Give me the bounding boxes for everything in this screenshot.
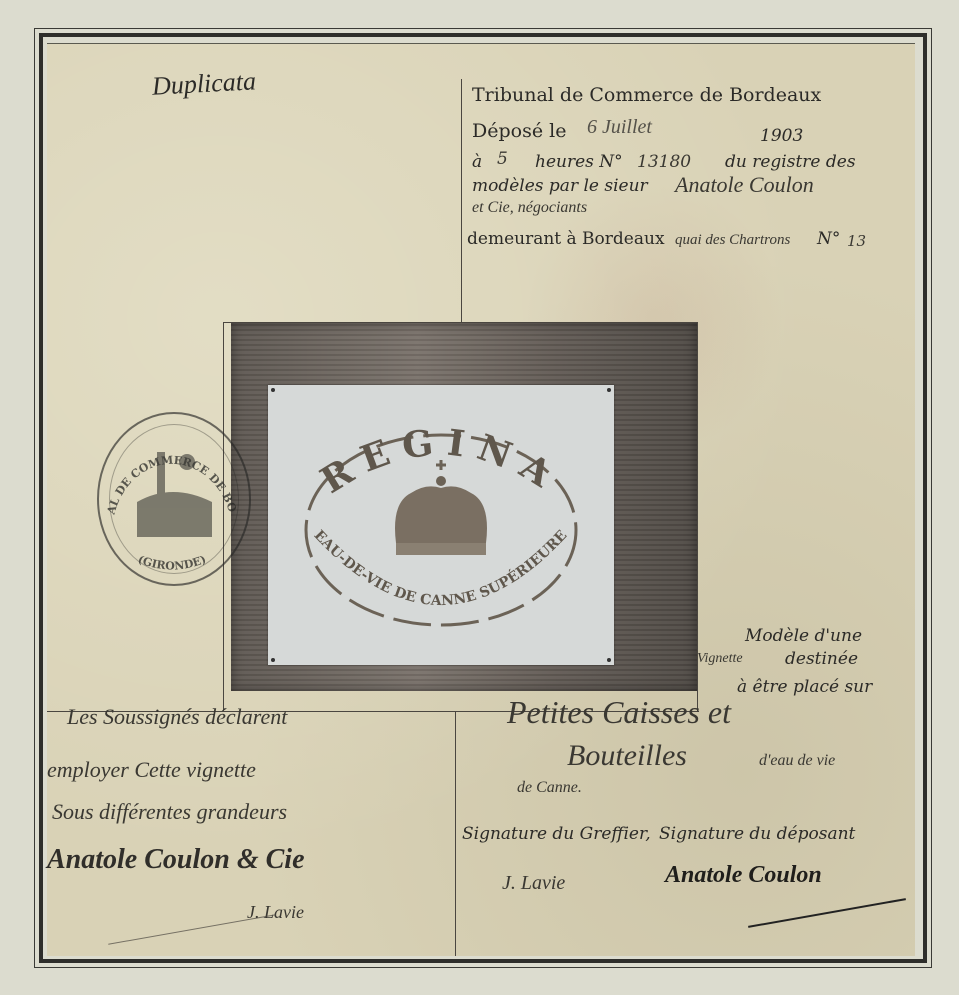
clerk-signature: J. Lavie [502,872,565,895]
crown-icon [395,460,487,555]
company-line: et Cie, négociants [472,199,587,217]
depositor-signature-underline [748,898,906,928]
address-number-label: N° [817,229,840,249]
handwritten-bottles: Bouteilles [567,739,687,773]
deposit-hour: 5 [497,149,508,169]
handwritten-de-canne: de Canne. [517,779,582,797]
depositor-signature-label: Signature du déposant [659,824,855,844]
divider-vertical-bottom [455,711,456,956]
handwritten-boxes: Petites Caisses et [507,694,731,731]
divider-vertical-top [461,79,462,324]
description-line3: à être placé sur [737,677,872,697]
clerk-signature-label: Signature du Greffier, [462,824,651,844]
address-number: 13 [847,232,866,250]
stencil-photograph: REGINA EAU-DE-VIE DE CANNE SUPÉRIEURE [231,323,697,691]
deposit-label: Déposé le [472,120,566,142]
stamp-bottom-text: (GIRONDE) [136,553,208,573]
tribunal-seal-stamp: TRIBUNAL DE COMMERCE DE BORDEAUX (GIROND… [97,412,251,586]
svg-text:(GIRONDE): (GIRONDE) [136,553,208,573]
models-label: modèles par le sieur [472,176,648,196]
depositor-name: Anatole Coulon [675,172,814,198]
deposit-year: 1903 [760,126,803,146]
tribunal-title: Tribunal de Commerce de Bordeaux [472,84,821,106]
register-suffix: du registre des [725,152,856,172]
description-line2b: destinée [785,649,858,669]
hour-prefix: à [472,152,482,172]
declaration-signature-clerk: J. Lavie [247,902,304,923]
declaration-line2: employer Cette vignette [47,757,256,783]
depositor-signature: Anatole Coulon [665,862,822,889]
hour-label: heures N° [535,152,623,172]
declaration-signature-depositor: Anatole Coulon & Cie [47,844,305,876]
description-line1: Modèle d'une [745,626,862,646]
duplicata-label: Duplicata [151,66,256,101]
description-line2a: Vignette [697,651,743,667]
stencil-sheet: REGINA EAU-DE-VIE DE CANNE SUPÉRIEURE [268,385,614,665]
address-label: demeurant à Bordeaux [467,229,665,249]
declaration-line3: Sous différentes grandeurs [52,799,287,825]
address-street: quai des Chartrons [675,232,790,249]
signature-flourish [108,914,276,945]
register-number: 13180 [637,152,691,172]
deposit-date: 6 Juillet [587,116,652,139]
declaration-line1: Les Soussignés déclarent [67,704,287,730]
handwritten-eau-de-vie: d'eau de vie [759,752,835,770]
stencil-design: REGINA EAU-DE-VIE DE CANNE SUPÉRIEURE [268,385,614,665]
